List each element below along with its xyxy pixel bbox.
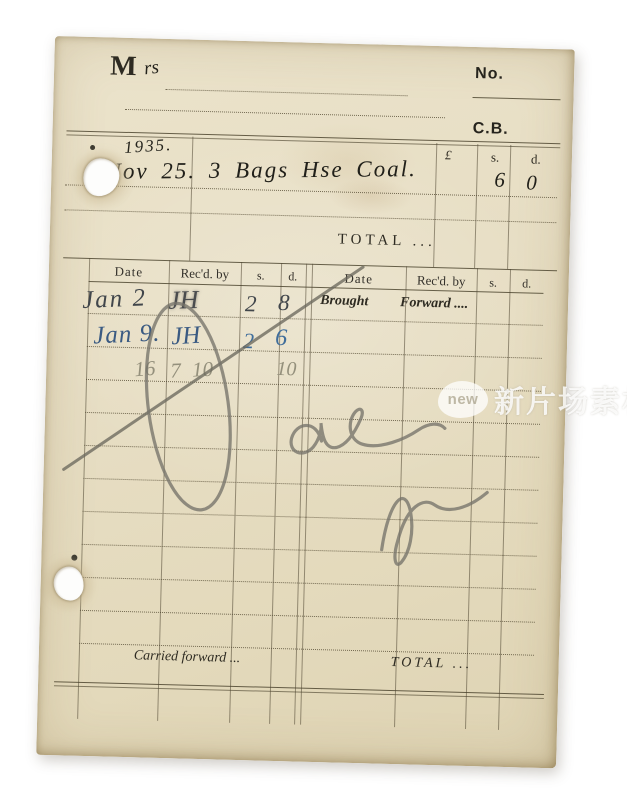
handwritten-name-suffix: rs: [143, 57, 160, 81]
punch-hole-bottom: [53, 566, 84, 601]
ledger-total-label: TOTAL ...: [390, 655, 472, 673]
carried-forward-label: Carried forward ...: [134, 648, 241, 667]
handwritten-entry-pence: 0: [526, 170, 537, 195]
handwritten-year: 1935.: [124, 135, 173, 158]
shillings-header: s.: [491, 149, 500, 165]
receipt-paper: M rs No. C.B. £ s. d. 1935. Nov 25. 3 Ba…: [36, 36, 575, 768]
second-dotted-rule: [125, 109, 445, 118]
entry-dotted-rule-2: [64, 209, 556, 223]
ink-dot: [90, 145, 95, 150]
cb-label: C.B.: [472, 120, 508, 139]
column-line: [507, 145, 511, 269]
no-label: No.: [475, 65, 504, 84]
punch-hole-top: [83, 158, 120, 197]
pounds-header: £: [445, 147, 452, 163]
photo-stage: M rs No. C.B. £ s. d. 1935. Nov 25. 3 Ba…: [0, 0, 627, 800]
bottom-double-rule: [54, 681, 544, 699]
column-line: [189, 137, 193, 261]
pencil-signature-scrawl: [41, 241, 570, 594]
column-line: [474, 144, 478, 268]
pence-header: d.: [531, 152, 541, 168]
handwritten-entry-shillings: 6: [494, 168, 505, 193]
table-row-rule: [80, 610, 535, 623]
entry-dotted-rule: [65, 184, 557, 198]
name-prefix: M: [110, 50, 137, 83]
handwritten-entry-description: Nov 25. 3 Bags Hse Coal.: [105, 156, 417, 185]
name-dotted-rule: [166, 89, 408, 96]
no-underline: [473, 97, 561, 100]
